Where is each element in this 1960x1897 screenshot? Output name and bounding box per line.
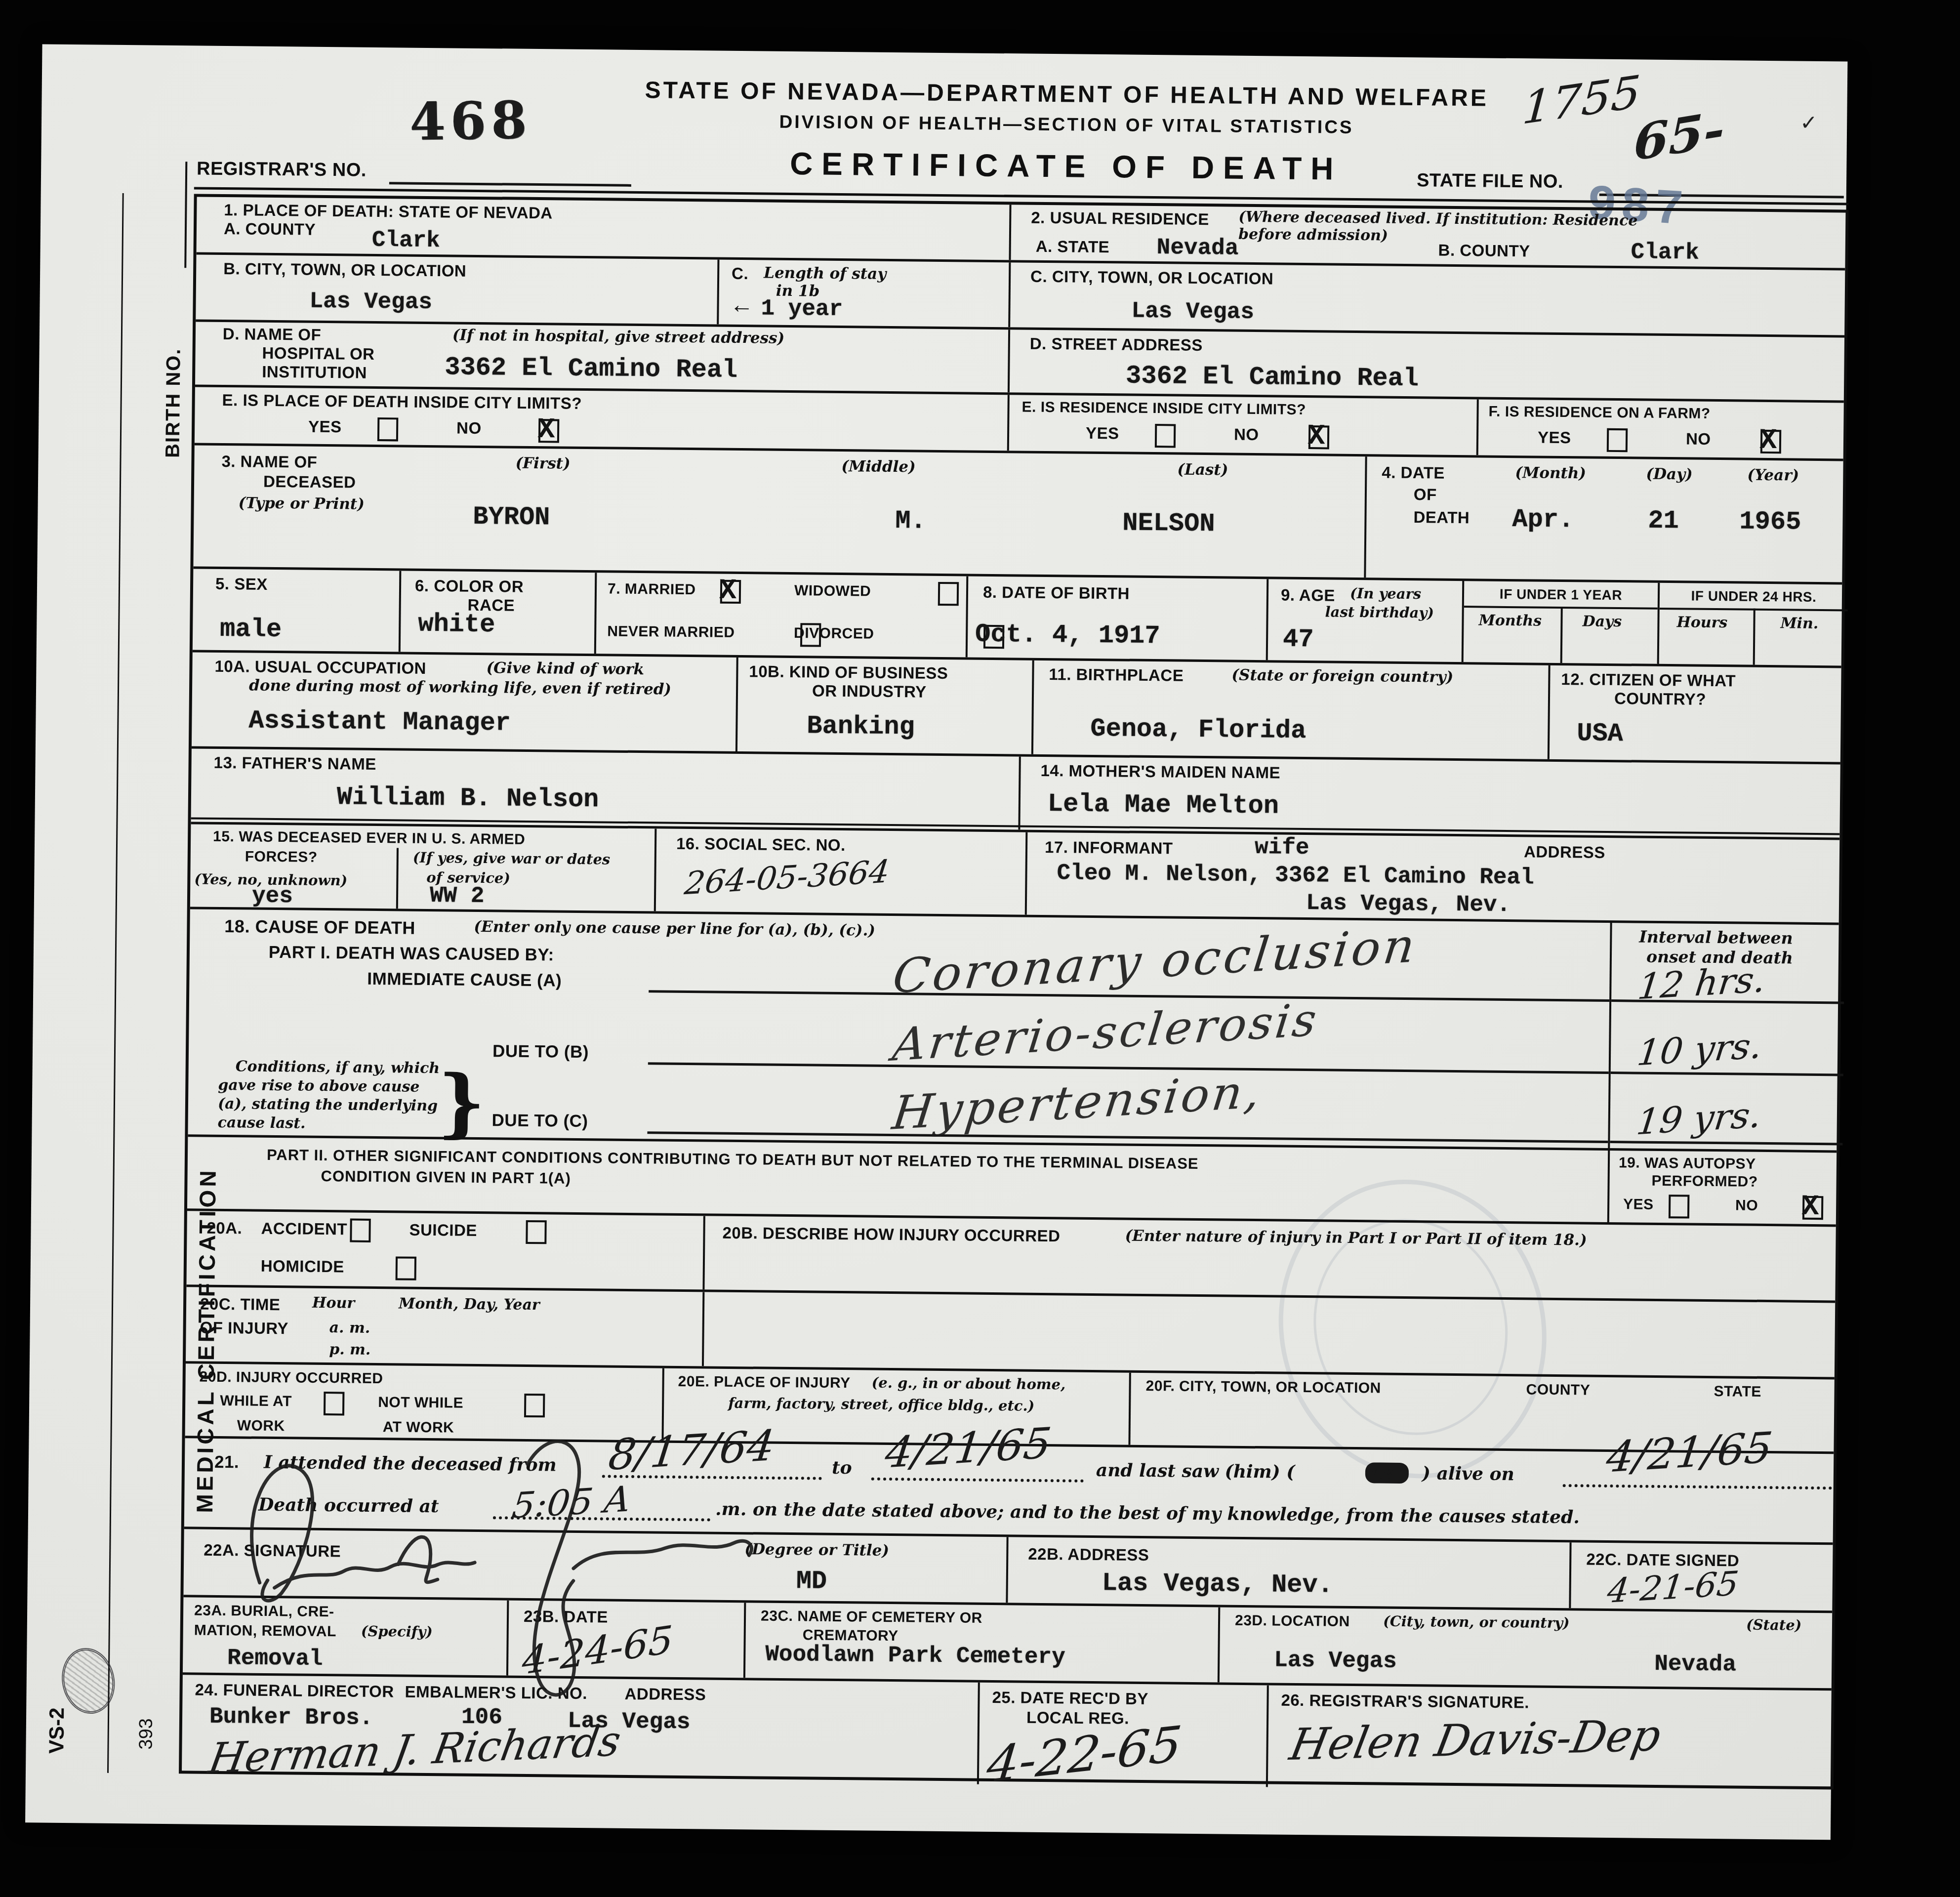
hospital-label2: HOSPITAL OR	[262, 344, 374, 364]
interval-b-value: 10 yrs.	[1635, 1025, 1764, 1073]
informant-address-label: ADDRESS	[1524, 843, 1605, 862]
attended-to-value: 4/21/65	[883, 1419, 1054, 1478]
cell-attended: 21. I attended the deceased from 8/17/64…	[184, 1438, 1840, 1542]
cemetery-label1: 23C. NAME OF CEMETERY OR	[761, 1608, 982, 1627]
informant-name: Cleo M. Nelson, 3362 El Camino Real	[1057, 860, 1534, 890]
death-time-value: 5:05 A	[510, 1478, 633, 1526]
cell-residence-farm: F. IS RESIDENCE ON A FARM? YES NO	[1476, 399, 1850, 458]
forces-value: yes	[252, 883, 293, 909]
dob-value: Oct. 4, 1917	[975, 620, 1160, 651]
interval-label1: Interval between	[1639, 927, 1793, 948]
death-city-value: Las Vegas	[309, 289, 432, 315]
time-injury-label2: OF INJURY	[200, 1319, 288, 1338]
date-signed-value: 4-21-65	[1605, 1565, 1741, 1611]
residence-city-value: Las Vegas	[1131, 298, 1254, 325]
dod-month-label: (Month)	[1515, 464, 1586, 482]
residence-state-value: Nevada	[1156, 235, 1238, 261]
embalmer-lic-label: EMBALMER'S LIC. NO.	[405, 1683, 587, 1703]
hospital-paren: (If not in hospital, give street address…	[452, 326, 785, 347]
cell-place-of-death: 1. PLACE OF DEATH: STATE OF NEVADA A. CO…	[197, 197, 1010, 260]
death-occurred-text: Death occurred at	[258, 1494, 439, 1517]
residence-limits-label: E. IS RESIDENCE INSIDE CITY LIMITS?	[1021, 399, 1306, 418]
attended-from-value: 8/17/64	[606, 1421, 777, 1480]
conditions-note2: gave rise to above cause	[218, 1076, 420, 1096]
row-attended: 21. I attended the deceased from 8/17/64…	[184, 1436, 1834, 1542]
cell-describe-injury: 20B. DESCRIBE HOW INJURY OCCURRED (Enter…	[702, 1216, 1841, 1300]
registrar-number-stamp: 468	[409, 89, 532, 152]
describe-injury-label: 20B. DESCRIBE HOW INJURY OCCURRED	[722, 1224, 1060, 1246]
citizen-label2: COUNTRY?	[1614, 690, 1706, 709]
due-to-c-label: DUE TO (C)	[492, 1111, 588, 1131]
name-paren: (Type or Print)	[239, 494, 365, 513]
occupation-paren1: (Give kind of work	[486, 659, 644, 678]
months-label: Months	[1478, 612, 1542, 629]
dod-year-value: 1965	[1739, 507, 1801, 536]
injury-state-label: STATE	[1714, 1383, 1761, 1401]
dod-year-label: (Year)	[1747, 466, 1799, 485]
while-at-label: WHILE AT	[220, 1393, 292, 1410]
burial-location-label: 23D. LOCATION	[1235, 1612, 1350, 1630]
residence-city-label: C. CITY, TOWN, OR LOCATION	[1030, 268, 1273, 289]
ssn-label: 16. SOCIAL SEC. NO.	[676, 835, 846, 855]
father-value: William B. Nelson	[337, 783, 599, 814]
conditions-note3: (a), stating the underlying	[218, 1095, 438, 1114]
place-injury-label: 20E. PLACE OF INJURY	[678, 1373, 850, 1392]
cell-physician-address: 22B. ADDRESS Las Vegas, Nev.	[1006, 1537, 1569, 1608]
cell-hospital: D. NAME OF HOSPITAL OR INSTITUTION (If n…	[195, 322, 1008, 392]
middle-name-label: (Middle)	[841, 457, 916, 476]
father-label: 13. FATHER'S NAME	[213, 754, 376, 774]
burial-date-label: 23B. DATE	[524, 1608, 608, 1627]
date-received-value: 4-22-65	[984, 1715, 1184, 1794]
autopsy-label2: PERFORMED?	[1651, 1173, 1757, 1191]
residence-county-value: Clark	[1631, 239, 1699, 265]
birthplace-value: Genoa, Florida	[1090, 714, 1306, 745]
physician-address-value: Las Vegas, Nev.	[1102, 1568, 1333, 1600]
cell-business: 10B. KIND OF BUSINESS OR INDUSTRY Bankin…	[735, 658, 1032, 754]
cell-sex: 5. SEX male	[193, 569, 400, 652]
row-demographics: 5. SEX male 6. COLOR OR RACE white 7. MA…	[193, 566, 1842, 665]
burial-label1: 23A. BURIAL, CRE-	[194, 1603, 334, 1620]
residence-limits-yes-label: YES	[1086, 424, 1119, 443]
cell-birthplace: 11. BIRTHPLACE (State or foreign country…	[1031, 660, 1549, 759]
cell-mother: 14. MOTHER'S MAIDEN NAME Lela Mae Melton	[1018, 756, 1846, 837]
cell-residence-limits: E. IS RESIDENCE INSIDE CITY LIMITS? YES …	[1007, 395, 1477, 455]
cell-date-of-death: 4. DATE OF DEATH (Month) (Day) (Year) Ap…	[1364, 456, 1849, 582]
cell-date-received: 25. DATE REC'D BY LOCAL REG. 4-22-65	[977, 1683, 1267, 1787]
cell-burial-date: 23B. DATE 4-24-65	[506, 1601, 744, 1678]
homicide-checkbox	[396, 1256, 416, 1280]
cell-burial: 23A. BURIAL, CRE- MATION, REMOVAL (Speci…	[183, 1597, 507, 1675]
occupation-value: Assistant Manager	[248, 706, 511, 738]
immediate-cause-label: IMMEDIATE CAUSE (A)	[367, 969, 562, 990]
injury-county-label: COUNTY	[1526, 1381, 1590, 1399]
attended-lastseen-value: 4/21/65	[1604, 1423, 1775, 1483]
business-label1: 10B. KIND OF BUSINESS	[749, 662, 948, 683]
scanned-death-certificate: 468 STATE OF NEVADA—DEPARTMENT OF HEALTH…	[0, 0, 1960, 1897]
race-value: white	[418, 610, 495, 639]
cause-a-value: Coronary occlusion	[890, 918, 1421, 1004]
stay-label: Length of stay	[764, 264, 886, 283]
conditions-brace: }	[437, 1059, 486, 1146]
stay-value: 1 year	[761, 295, 843, 322]
burial-location-paren: (City, town, or country)	[1383, 1613, 1570, 1632]
cell-date-of-birth: 8. DATE OF BIRTH Oct. 4, 1917	[966, 576, 1267, 660]
funeral-director-label: 24. FUNERAL DIRECTOR	[195, 1681, 394, 1701]
never-married-label: NEVER MARRIED	[607, 623, 735, 641]
suicide-label: SUICIDE	[409, 1221, 477, 1240]
residence-county-label: B. COUNTY	[1438, 242, 1530, 261]
cell-father: 13. FATHER'S NAME William B. Nelson	[191, 748, 1019, 829]
cell-cause-of-death: 18. CAUSE OF DEATH (Enter only one cause…	[188, 909, 1610, 1148]
first-name-value: BYRON	[473, 502, 550, 532]
signature-label: 22A. SIGNATURE	[204, 1541, 341, 1561]
check-mark-icon: ✓	[1800, 111, 1818, 135]
forces-divider	[396, 848, 399, 908]
county-value: Clark	[372, 227, 441, 253]
citizen-value: USA	[1577, 719, 1623, 748]
part2-line2: CONDITION GIVEN IN PART 1(A)	[321, 1168, 571, 1188]
registrar-no-label: REGISTRAR'S NO.	[197, 158, 367, 181]
dod-day-value: 21	[1648, 506, 1679, 536]
county-label: A. COUNTY	[224, 220, 316, 239]
cell-armed-forces: 15. WAS DECEASED EVER IN U. S. ARMED FOR…	[190, 824, 655, 911]
autopsy-yes-label: YES	[1623, 1196, 1654, 1213]
attended-no: 21.	[214, 1452, 240, 1472]
at-work-label: AT WORK	[383, 1419, 454, 1436]
street-address-value: 3362 El Camino Real	[1126, 362, 1419, 394]
dod-label3: DEATH	[1413, 508, 1470, 527]
age-paren2: last birthday)	[1325, 603, 1434, 621]
informant-label: 17. INFORMANT	[1045, 838, 1173, 858]
cell-under-1-year: IF UNDER 1 YEAR Months Days	[1462, 581, 1658, 664]
not-while-label: NOT WHILE	[378, 1394, 463, 1411]
left-frame-line	[107, 193, 124, 1773]
not-while-checkbox	[524, 1394, 545, 1417]
cause-label: 18. CAUSE OF DEATH	[224, 916, 415, 938]
under-1-year-label: IF UNDER 1 YEAR	[1464, 586, 1658, 603]
stay-c-label: C.	[732, 265, 748, 283]
birth-no-line	[184, 162, 187, 268]
date-received-label1: 25. DATE REC'D BY	[992, 1689, 1148, 1708]
cell-autopsy: 19. WAS AUTOPSY PERFORMED? YES NO	[1607, 1151, 1842, 1225]
injury-city-label: 20F. CITY, TOWN, OR LOCATION	[1145, 1378, 1381, 1397]
degree-value: MD	[796, 1567, 827, 1596]
cell-date-signed: 22C. DATE SIGNED 4-21-65	[1569, 1542, 1838, 1610]
age-paren1: (In years	[1350, 585, 1421, 602]
cell-ssn: 16. SOCIAL SEC. NO. 264-05-3664	[654, 828, 1026, 914]
accident-no-label: 20A.	[206, 1219, 242, 1238]
married-checkbox	[720, 580, 741, 604]
burial-city-value: Las Vegas	[1274, 1648, 1397, 1674]
place-of-death-label: 1. PLACE OF DEATH: STATE OF NEVADA	[224, 201, 553, 222]
work-label: WORK	[237, 1417, 285, 1435]
cell-death-city: B. CITY, TOWN, OR LOCATION Las Vegas	[196, 254, 717, 324]
under-1-year-divider	[1560, 607, 1563, 663]
row-cause-of-death: 18. CAUSE OF DEATH (Enter only one cause…	[188, 907, 1838, 1150]
stay-arrow-icon: ←	[730, 291, 754, 319]
last-name-label: (Last)	[1177, 461, 1228, 479]
cell-injury-at-work: 20D. INJURY OCCURRED WHILE AT NOT WHILE …	[185, 1363, 662, 1440]
forces-label2: FORCES?	[245, 848, 318, 866]
burial-state-value: Nevada	[1654, 1651, 1736, 1678]
war-paren1: (If yes, give war or dates	[413, 849, 611, 868]
street-address-label: D. STREET ADDRESS	[1030, 335, 1203, 355]
cause-paren: (Enter only one cause per line for (a), …	[474, 918, 875, 940]
birthplace-label: 11. BIRTHPLACE	[1049, 665, 1184, 685]
residence-state-label: A. STATE	[1036, 238, 1110, 256]
ssn-value: 264-05-3664	[683, 854, 892, 902]
burial-label2: MATION, REMOVAL	[194, 1622, 336, 1640]
business-value: Banking	[807, 711, 915, 742]
death-limits-yes-label: YES	[308, 418, 342, 437]
mdy-label: Month, Day, Year	[399, 1295, 540, 1314]
row-occupation: 10A. USUAL OCCUPATION (Give kind of work…	[192, 650, 1841, 762]
mother-value: Lela Mae Melton	[1048, 789, 1279, 821]
form-number: 393	[135, 1680, 157, 1749]
attended-text2: and last saw (him) (	[1096, 1460, 1295, 1483]
attended-text3: ) alive on	[1422, 1463, 1514, 1485]
burial-paren: (Specify)	[361, 1623, 433, 1640]
married-label: 7. MARRIED	[608, 580, 696, 598]
hours-label: Hours	[1676, 614, 1727, 631]
cell-time-of-injury: 20C. TIME OF INJURY Hour a. m. p. m. Mon…	[186, 1287, 702, 1366]
death-limits-no-label: NO	[456, 419, 482, 438]
describe-injury-paren: (Enter nature of injury in Part I or Par…	[1125, 1227, 1587, 1249]
usual-residence-label: 2. USUAL RESIDENCE	[1031, 209, 1209, 229]
degree-paren: (Degree or Title)	[744, 1540, 889, 1560]
cell-accident: 20A. ACCIDENT SUICIDE HOMICIDE	[186, 1211, 703, 1289]
autopsy-yes-checkbox	[1669, 1195, 1689, 1218]
state-file-handwritten: 65-	[1633, 100, 1725, 172]
cell-part2: PART II. OTHER SIGNIFICANT CONDITIONS CO…	[187, 1137, 1608, 1222]
occupation-paren2: done during most of working life, even i…	[249, 677, 671, 699]
cell-interval: Interval between onset and death 12 hrs.…	[1608, 923, 1844, 1151]
widowed-label: WIDOWED	[794, 582, 871, 600]
residence-limits-yes-checkbox	[1155, 424, 1176, 448]
autopsy-no-label: NO	[1735, 1197, 1758, 1214]
residence-limits-no-label: NO	[1234, 426, 1259, 444]
registrar-signature-label: 26. REGISTRAR'S SIGNATURE.	[1281, 1691, 1529, 1712]
registrar-no-line	[389, 182, 631, 187]
cell-length-of-stay: C. Length of stay in 1b ← 1 year	[717, 260, 1009, 328]
under-24-label: IF UNDER 24 HRS.	[1660, 588, 1848, 605]
cell-under-24-hrs: IF UNDER 24 HRS. Hours Min.	[1657, 583, 1848, 666]
attended-to-line	[871, 1478, 1084, 1483]
accident-checkbox	[350, 1219, 370, 1242]
residence-farm-no-label: NO	[1686, 430, 1711, 448]
informant-relation: wife	[1255, 834, 1309, 861]
am-label: a. m.	[329, 1319, 370, 1337]
place-injury-paren2: farm, factory, street, office bldg., etc…	[728, 1395, 1034, 1414]
residence-farm-yes-checkbox	[1607, 428, 1628, 452]
sex-label: 5. SEX	[215, 575, 268, 594]
cell-street-address: D. STREET ADDRESS 3362 El Camino Real	[1008, 330, 1850, 400]
forces-label: 15. WAS DECEASED EVER IN U. S. ARMED	[213, 828, 525, 848]
occupation-label: 10A. USUAL OCCUPATION	[214, 658, 426, 678]
hospital-label1: D. NAME OF	[223, 325, 322, 344]
dod-day-label: (Day)	[1646, 465, 1693, 484]
funeral-director-value: Bunker Bros.	[209, 1704, 373, 1731]
birth-no-label: BIRTH NO.	[162, 270, 186, 458]
name-label1: 3. NAME OF	[221, 453, 317, 472]
death-city-label: B. CITY, TOWN, OR LOCATION	[223, 260, 466, 281]
physician-address-label: 22B. ADDRESS	[1028, 1545, 1149, 1565]
row-service-informant: 15. WAS DECEASED EVER IN U. S. ARMED FOR…	[190, 822, 1839, 922]
divorced-label: DIVORCED	[794, 625, 874, 642]
residence-farm-no-checkbox	[1760, 430, 1781, 454]
interval-a-value: 12 hrs.	[1635, 958, 1768, 1007]
first-name-label: (First)	[515, 454, 571, 473]
burial-value: Removal	[227, 1645, 323, 1672]
attended-lastseen-line	[1563, 1484, 1832, 1489]
min-label: Min.	[1780, 615, 1818, 632]
part1-label: PART I. DEATH WAS CAUSED BY:	[269, 943, 554, 965]
cell-cemetery: 23C. NAME OF CEMETERY OR CREMATORY Woodl…	[743, 1603, 1218, 1682]
autopsy-no-checkbox	[1802, 1196, 1823, 1220]
birthplace-paren: (State or foreign country)	[1231, 666, 1453, 686]
burial-state-paren: (State)	[1746, 1616, 1802, 1634]
attended-text1: I attended the deceased from	[264, 1452, 557, 1476]
cause-b-line	[648, 1062, 1609, 1074]
race-label1: 6. COLOR OR	[415, 577, 524, 596]
burial-date-value: 4-24-65	[522, 1618, 674, 1684]
cell-color-race: 6. COLOR OR RACE white	[399, 571, 595, 654]
row-funeral: 24. FUNERAL DIRECTOR EMBALMER'S LIC. NO.…	[182, 1672, 1832, 1792]
homicide-label: HOMICIDE	[261, 1257, 344, 1277]
death-limits-label: E. IS PLACE OF DEATH INSIDE CITY LIMITS?	[222, 391, 582, 413]
header-department: STATE OF NEVADA—DEPARTMENT OF HEALTH AND…	[535, 76, 1597, 113]
cell-occupation: 10A. USUAL OCCUPATION (Give kind of work…	[192, 652, 736, 751]
conditions-note1: Conditions, if any, which	[236, 1058, 440, 1077]
accident-label: ACCIDENT	[261, 1220, 347, 1239]
middle-name-value: M.	[895, 506, 926, 536]
sex-value: male	[220, 615, 282, 644]
cell-usual-residence: 2. USUAL RESIDENCE (Where deceased lived…	[1009, 205, 1851, 268]
state-file-no-label: STATE FILE NO.	[1417, 170, 1563, 192]
autopsy-label1: 19. WAS AUTOPSY	[1619, 1155, 1756, 1172]
residence-limits-no-checkbox	[1308, 425, 1329, 449]
cell-deceased-name: 3. NAME OF DECEASED (Type or Print) (Fir…	[193, 445, 1365, 577]
last-name-value: NELSON	[1122, 508, 1215, 538]
cell-burial-location: 23D. LOCATION (City, town, or country) (…	[1218, 1607, 1838, 1688]
row-name: 3. NAME OF DECEASED (Type or Print) (Fir…	[193, 443, 1843, 582]
cell-funeral-director: 24. FUNERAL DIRECTOR EMBALMER'S LIC. NO.…	[182, 1675, 978, 1784]
conditions-note4: cause last.	[217, 1114, 305, 1132]
cell-age: 9. AGE (In years last birthday) 47	[1266, 579, 1463, 662]
death-limits-no-checkbox	[538, 419, 559, 443]
funeral-address-label: ADDRESS	[624, 1685, 706, 1704]
residence-farm-label: F. IS RESIDENCE ON A FARM?	[1488, 404, 1710, 422]
widowed-checkbox	[938, 582, 959, 606]
cell-time-injury-blank	[702, 1292, 1841, 1377]
days-label: Days	[1582, 613, 1622, 630]
interval-c-value: 19 yrs.	[1634, 1094, 1764, 1143]
cause-c-value: Hypertension,	[890, 1065, 1265, 1141]
row-burial: 23A. BURIAL, CRE- MATION, REMOVAL (Speci…	[183, 1595, 1832, 1688]
cell-informant: 17. INFORMANT wife ADDRESS Cleo M. Nelso…	[1025, 832, 1846, 923]
cell-registrar-signature: 26. REGISTRAR'S SIGNATURE. Helen Davis-D…	[1266, 1685, 1837, 1792]
certificate-table: 1. PLACE OF DEATH: STATE OF NEVADA A. CO…	[179, 194, 1849, 1789]
dod-label1: 4. DATE	[1382, 463, 1445, 482]
informant-address: Las Vegas, Nev.	[1306, 890, 1511, 918]
cell-marital-status: 7. MARRIED WIDOWED NEVER MARRIED DIVORCE…	[594, 573, 967, 657]
certificate-paper: 468 STATE OF NEVADA—DEPARTMENT OF HEALTH…	[25, 44, 1847, 1840]
under-24-divider	[1753, 609, 1756, 665]
cell-death-limits: E. IS PLACE OF DEATH INSIDE CITY LIMITS?…	[195, 387, 1008, 451]
war-value: WW 2	[430, 883, 485, 909]
cell-residence-city: C. CITY, TOWN, OR LOCATION Las Vegas	[1008, 262, 1851, 335]
business-label2: OR INDUSTRY	[812, 682, 927, 701]
cause-a-line	[649, 990, 1609, 1002]
name-label2: DECEASED	[263, 473, 356, 492]
dob-label: 8. DATE OF BIRTH	[983, 583, 1130, 603]
attended-to-word: to	[832, 1457, 852, 1478]
dod-month-value: Apr.	[1512, 505, 1574, 535]
citizen-label1: 12. CITIZEN OF WHAT	[1561, 670, 1736, 690]
death-occurred-text2: .m. on the date stated above; and to the…	[715, 1499, 1580, 1528]
registrar-signature-value: Helen Davis-Dep	[1286, 1710, 1665, 1770]
pm-label: p. m.	[329, 1341, 370, 1359]
state-file-handwritten-top: 1755	[1521, 66, 1642, 135]
attended-her-blotted: her	[1365, 1462, 1409, 1484]
suicide-checkbox	[526, 1220, 547, 1244]
hour-label: Hour	[312, 1294, 355, 1312]
age-label: 9. AGE	[1281, 586, 1335, 605]
cell-citizen: 12. CITIZEN OF WHAT COUNTRY? USA	[1548, 665, 1847, 762]
death-limits-yes-checkbox	[377, 417, 398, 441]
residence-farm-yes-label: YES	[1538, 429, 1571, 448]
age-value: 47	[1283, 625, 1314, 655]
time-injury-label1: 20C. TIME	[200, 1295, 281, 1315]
dod-label2: OF	[1414, 486, 1437, 504]
due-to-b-label: DUE TO (B)	[492, 1041, 589, 1062]
while-at-work-checkbox	[324, 1392, 344, 1415]
hospital-label3: INSTITUTION	[262, 363, 367, 382]
header-division: DIVISION OF HEALTH—SECTION OF VITAL STAT…	[535, 109, 1597, 140]
cause-b-value: Arterio-sclerosis	[890, 993, 1322, 1072]
place-injury-paren1: (e. g., in or about home,	[871, 1374, 1065, 1393]
cell-physician-signature: 22A. SIGNATURE (Degree or Title) MD	[183, 1529, 1006, 1603]
cemetery-value: Woodlawn Park Cemetery	[765, 1642, 1065, 1670]
injury-occurred-label: 20D. INJURY OCCURRED	[200, 1369, 383, 1387]
mother-label: 14. MOTHER'S MAIDEN NAME	[1040, 762, 1280, 783]
hospital-value: 3362 El Camino Real	[445, 353, 737, 385]
